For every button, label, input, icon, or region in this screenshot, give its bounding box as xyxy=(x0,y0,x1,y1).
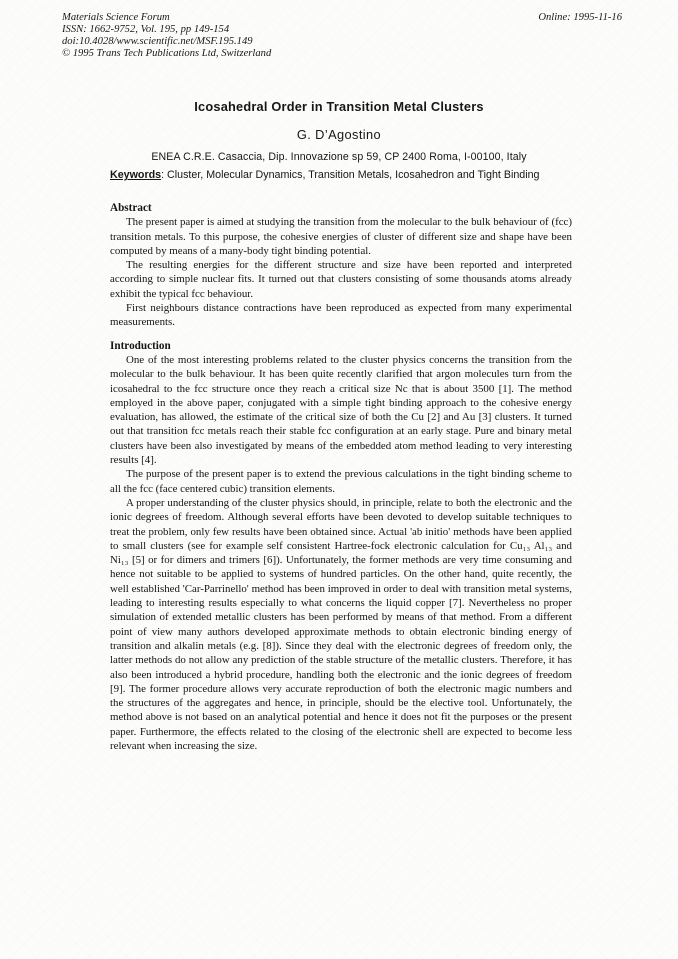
intro-paragraph: A proper understanding of the cluster ph… xyxy=(110,496,572,753)
abstract-heading: Abstract xyxy=(110,201,572,215)
intro-paragraph: The purpose of the present paper is to e… xyxy=(110,467,572,496)
journal-copyright-line: © 1995 Trans Tech Publications Ltd, Swit… xyxy=(62,48,271,60)
scanned-paper-page: Materials Science Forum ISSN: 1662-9752,… xyxy=(0,0,678,959)
abstract-paragraph: The present paper is aimed at studying t… xyxy=(110,215,572,258)
paper-affiliation: ENEA C.R.E. Casaccia, Dip. Innovazione s… xyxy=(0,151,678,163)
journal-doi-line: doi:10.4028/www.scientific.net/MSF.195.1… xyxy=(62,36,271,48)
introduction-heading: Introduction xyxy=(110,339,572,353)
journal-title: Materials Science Forum xyxy=(62,12,271,24)
journal-info-block: Materials Science Forum ISSN: 1662-9752,… xyxy=(62,12,271,60)
keywords-label: Keywords xyxy=(110,169,161,181)
journal-issn-line: ISSN: 1662-9752, Vol. 195, pp 149-154 xyxy=(62,24,271,36)
abstract-section: Abstract The present paper is aimed at s… xyxy=(110,201,572,330)
paper-title: Icosahedral Order in Transition Metal Cl… xyxy=(0,99,678,114)
intro-paragraph: One of the most interesting problems rel… xyxy=(110,353,572,467)
paper-body: Abstract The present paper is aimed at s… xyxy=(110,201,572,753)
online-date: Online: 1995-11-16 xyxy=(538,12,622,24)
abstract-paragraph: The resulting energies for the different… xyxy=(110,258,572,301)
paper-author: G. D’Agostino xyxy=(0,127,678,142)
keywords-line: Keywords: Cluster, Molecular Dynamics, T… xyxy=(110,169,578,181)
abstract-paragraph: First neighbours distance contractions h… xyxy=(110,301,572,330)
journal-masthead: Materials Science Forum ISSN: 1662-9752,… xyxy=(62,12,622,60)
introduction-section: Introduction One of the most interesting… xyxy=(110,339,572,754)
keywords-text: : Cluster, Molecular Dynamics, Transitio… xyxy=(161,169,539,181)
